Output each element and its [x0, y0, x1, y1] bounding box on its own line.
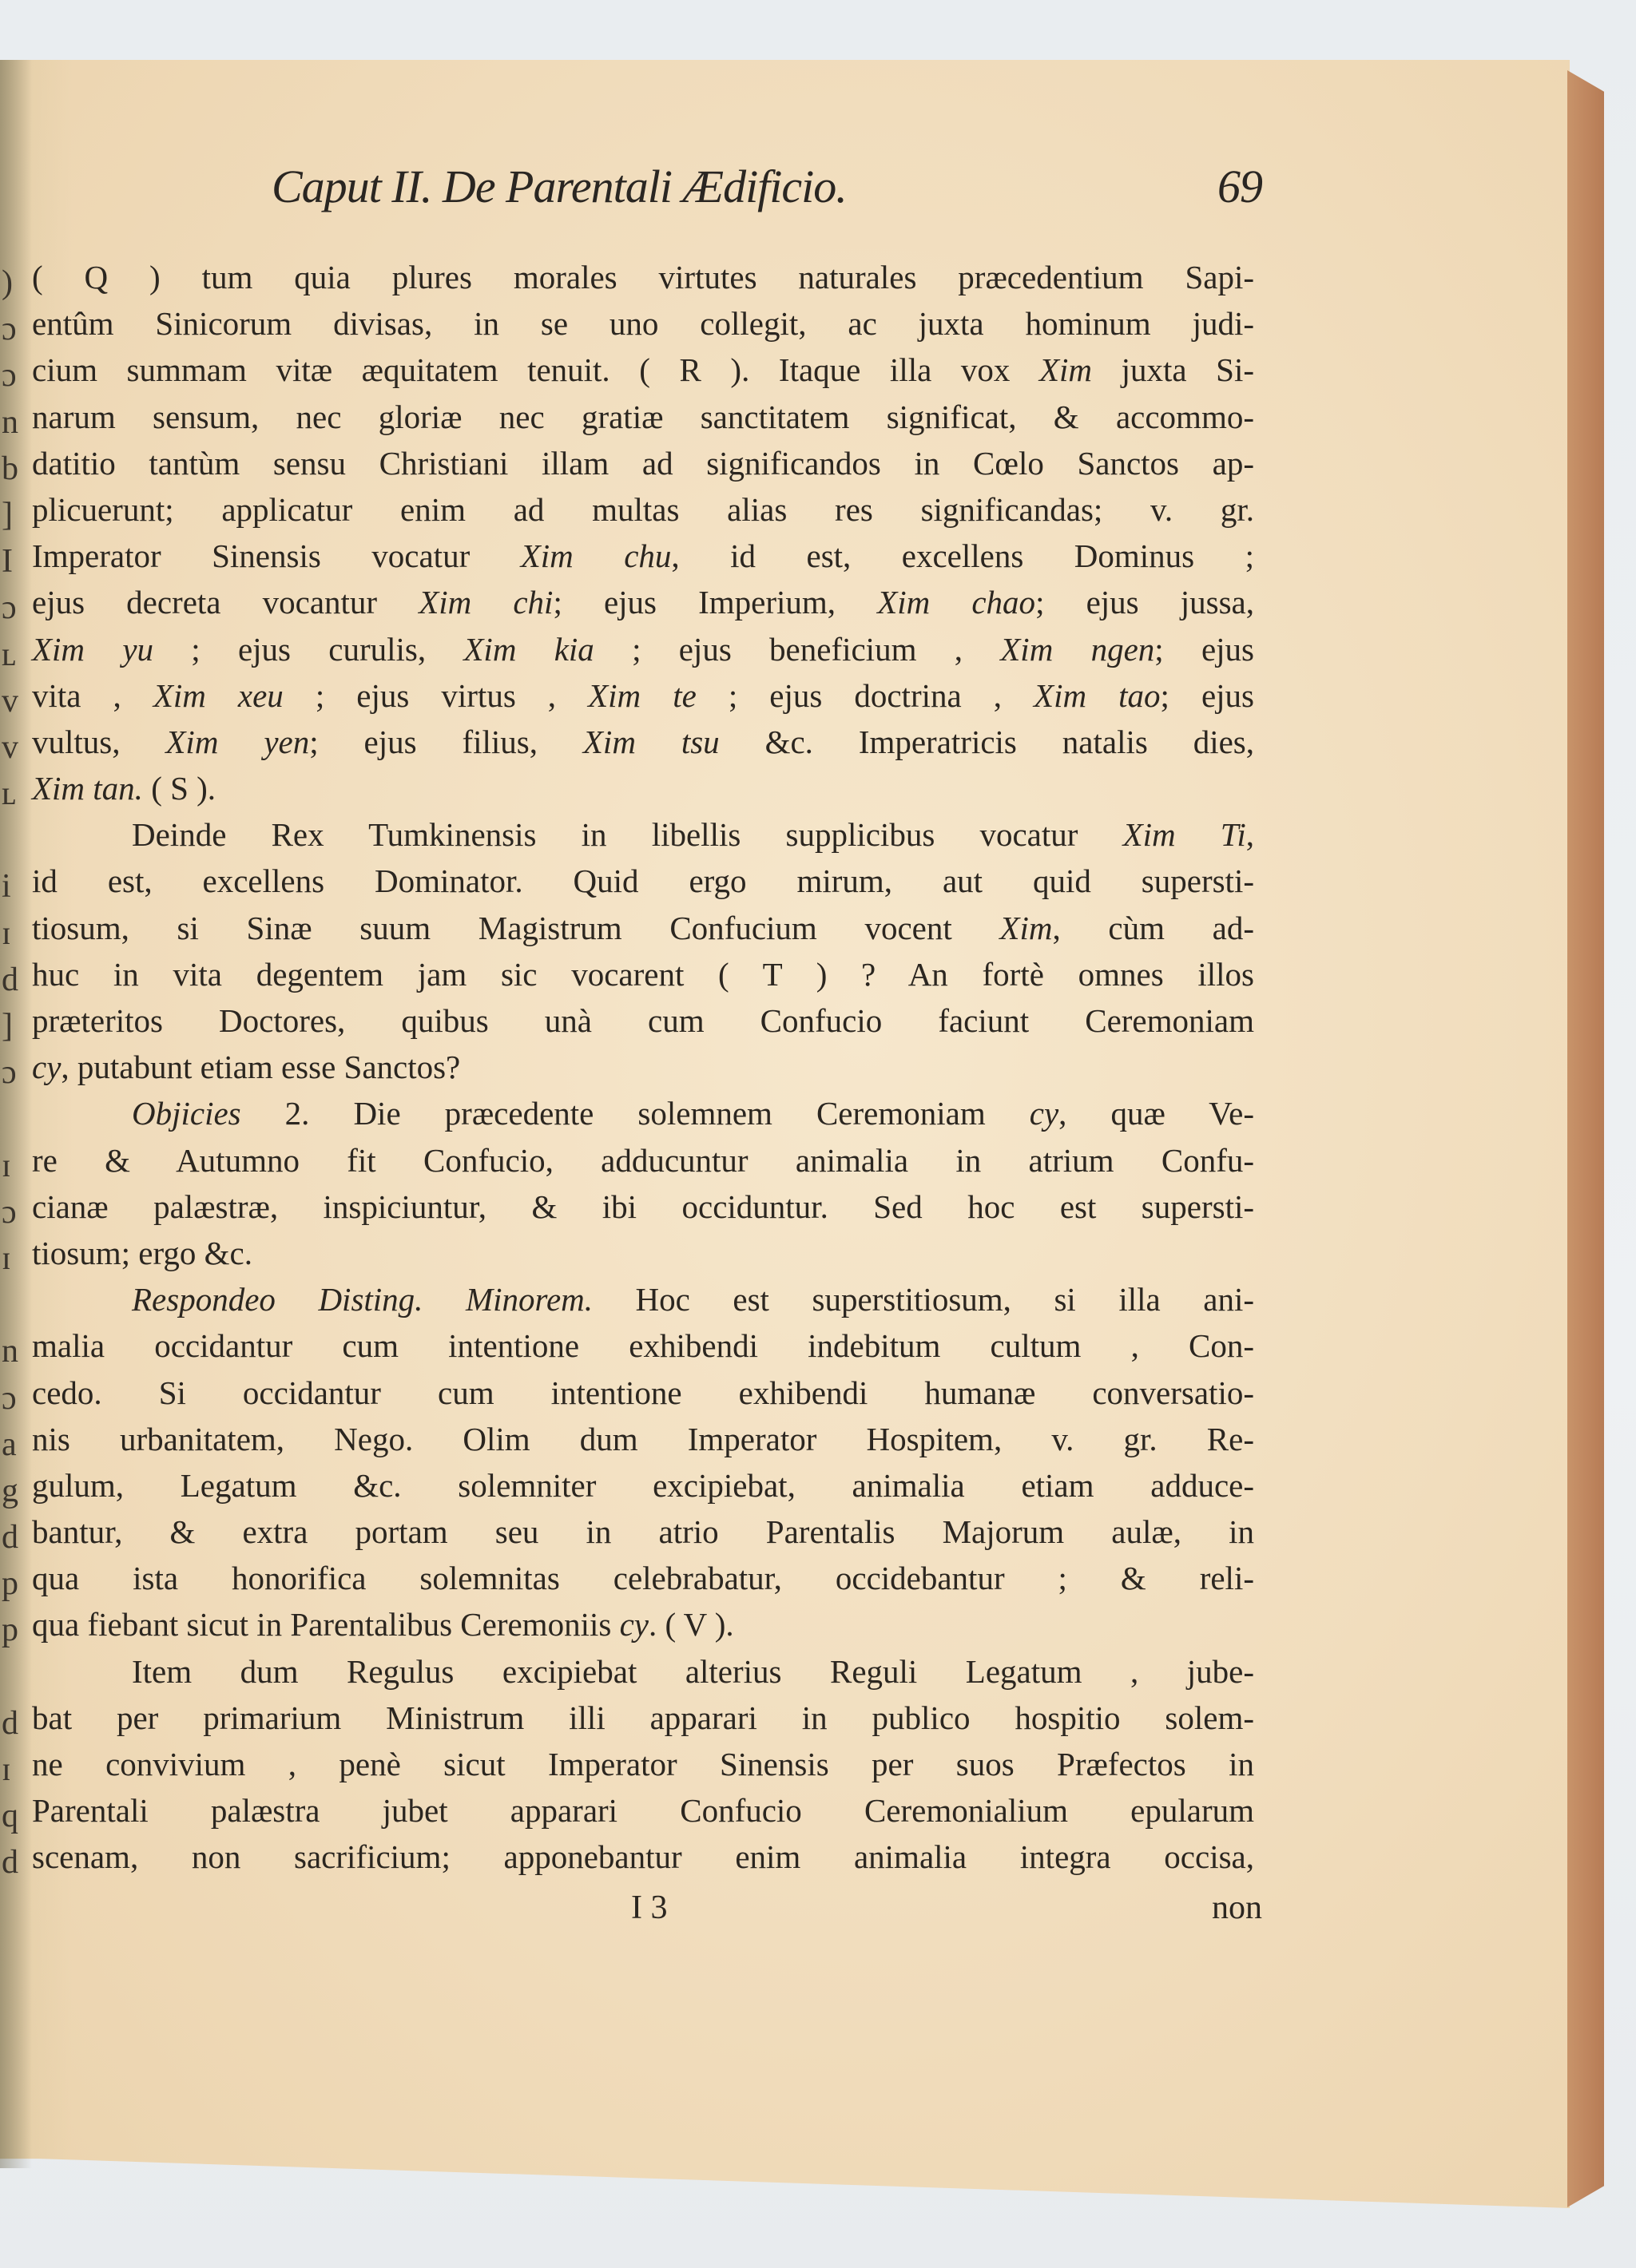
text-run: Imperator Sinensis vocatur — [32, 537, 521, 574]
margin-fragment — [2, 1282, 24, 1328]
text-line: vultus, Xim yen; ejus filius, Xim tsu &c… — [32, 719, 1254, 765]
italic-term: Xim yu — [32, 631, 153, 668]
text-line: malia occidantur cum intentione exhibend… — [32, 1322, 1254, 1369]
text-run: qua ista honorifica solemnitas celebraba… — [32, 1560, 1254, 1596]
text-line: huc in vita degentem jam sic vocarent ( … — [32, 951, 1254, 997]
text-run: Item dum Regulus excipiebat alterius Reg… — [132, 1653, 1254, 1690]
italic-term: Xim chao — [877, 584, 1035, 621]
text-run: tiosum; ergo &c. — [32, 1235, 252, 1271]
text-run: re & Autumno fit Confucio, adducuntur an… — [32, 1142, 1254, 1179]
margin-fragment: i — [2, 863, 24, 910]
text-run: 2. Die præcedente solemnem Ceremoniam — [241, 1095, 1030, 1132]
margin-fragment: q — [2, 1793, 24, 1839]
margin-fragment: ɪ — [2, 1747, 24, 1793]
margin-fragment: p — [2, 1560, 24, 1607]
text-run: Hoc est superstitiosum, si illa ani- — [593, 1281, 1254, 1318]
italic-term: Xim ngen — [1000, 631, 1154, 668]
margin-fragment: ɔ — [2, 1049, 24, 1096]
italic-term: Xim kia — [463, 631, 594, 668]
text-run: ; ejus Imperium, — [553, 584, 877, 621]
page-number: 69 — [1217, 160, 1262, 213]
text-run: ; ejus — [1161, 677, 1254, 714]
margin-fragment: d — [2, 1514, 24, 1560]
text-line: cedo. Si occidantur cum intentione exhib… — [32, 1370, 1254, 1416]
text-run: , cùm ad- — [1052, 910, 1254, 946]
margin-fragment: b — [2, 446, 24, 492]
text-line: Xim yu ; ejus curulis, Xim kia ; ejus be… — [32, 626, 1254, 672]
text-run: ; ejus — [1154, 631, 1254, 668]
margin-fragment — [2, 1654, 24, 1700]
margin-fragment: ɔ — [2, 1189, 24, 1235]
text-run: tiosum, si Sinæ suum Magistrum Confucium… — [32, 910, 999, 946]
text-run: ; ejus curulis, — [153, 631, 463, 668]
margin-fragment: d — [2, 1700, 24, 1747]
italic-term: cy — [620, 1606, 649, 1643]
margin-fragment: ɔ — [2, 306, 24, 352]
margin-fragment: n — [2, 399, 24, 446]
text-run: narum sensum, nec gloriæ nec gratiæ sanc… — [32, 398, 1254, 435]
margin-fragment — [2, 1096, 24, 1142]
text-line: tiosum, si Sinæ suum Magistrum Confucium… — [32, 905, 1254, 951]
text-line: tiosum; ergo &c. — [32, 1230, 1254, 1276]
text-run: ; ejus doctrina , — [697, 677, 1034, 714]
text-run: , — [1246, 816, 1254, 853]
text-line: ejus decreta vocantur Xim chi; ejus Impe… — [32, 579, 1254, 625]
page-fore-edge — [1567, 70, 1604, 2207]
text-line: datitio tantùm sensu Christiani illam ad… — [32, 440, 1254, 486]
text-run: Parentali palæstra jubet apparari Confuc… — [32, 1792, 1254, 1829]
margin-fragment: ɔ — [2, 1375, 24, 1421]
text-run: huc in vita degentem jam sic vocarent ( … — [32, 956, 1254, 993]
text-run: plicuerunt; applicatur enim ad multas al… — [32, 491, 1254, 528]
margin-fragment: d — [2, 1839, 24, 1885]
text-run: id est, excellens Dominator. Quid ergo m… — [32, 862, 1254, 899]
italic-term: Xim Ti — [1123, 816, 1246, 853]
italic-term: cy — [1030, 1095, 1058, 1132]
text-line: Item dum Regulus excipiebat alterius Reg… — [32, 1648, 1254, 1695]
text-line: scenam, non sacrificium; apponebantur en… — [32, 1834, 1254, 1880]
catchword: non — [1212, 1889, 1262, 1927]
italic-term: Objicies — [132, 1095, 241, 1132]
text-run: ; ejus beneficium , — [594, 631, 1000, 668]
text-run: ; ejus jussa, — [1035, 584, 1254, 621]
text-line: cianæ palæstræ, inspiciuntur, & ibi occi… — [32, 1184, 1254, 1230]
text-line: præteritos Doctores, quibus unà cum Conf… — [32, 997, 1254, 1044]
text-line: nis urbanitatem, Nego. Olim dum Imperato… — [32, 1416, 1254, 1462]
margin-fragment: v — [2, 678, 24, 724]
margin-fragment: I — [2, 538, 24, 585]
text-line: vita , Xim xeu ; ejus virtus , Xim te ; … — [32, 672, 1254, 719]
text-line: bantur, & extra portam seu in atrio Pare… — [32, 1509, 1254, 1555]
text-line: entûm Sinicorum divisas, in se uno colle… — [32, 300, 1254, 347]
text-run: , quæ Ve- — [1058, 1095, 1254, 1132]
text-run: ( S ). — [143, 770, 216, 807]
text-run: ne convivium , penè sicut Imperator Sine… — [32, 1746, 1254, 1782]
italic-term: Xim chu — [521, 537, 672, 574]
text-run: . ( V ). — [649, 1606, 734, 1643]
running-title: Caput II. De Parentali Ædificio. — [272, 160, 847, 213]
italic-term: Respondeo Disting. Minorem. — [132, 1281, 593, 1318]
text-line: bat per primarium Ministrum illi apparar… — [32, 1695, 1254, 1741]
margin-fragment: ɪ — [2, 1143, 24, 1189]
italic-term: Xim xeu — [153, 677, 284, 714]
text-line: Xim tan. ( S ). — [32, 765, 1254, 811]
running-header: Caput II. De Parentali Ædificio. 69 — [272, 160, 1262, 224]
text-line: gulum, Legatum &c. solemniter excipiebat… — [32, 1462, 1254, 1509]
italic-term: Xim tan. — [32, 770, 143, 807]
text-run: vultus, — [32, 724, 165, 760]
italic-term: Xim — [999, 910, 1052, 946]
italic-term: cy — [32, 1049, 61, 1085]
margin-fragment: v — [2, 724, 24, 771]
text-line: Respondeo Disting. Minorem. Hoc est supe… — [32, 1276, 1254, 1322]
text-run: scenam, non sacrificium; apponebantur en… — [32, 1838, 1254, 1875]
text-line: re & Autumno fit Confucio, adducuntur an… — [32, 1137, 1254, 1184]
facing-page-margin-fragments: )ɔɔnb]Iɔʟvvʟiɪd]ɔɪɔɪnɔagdppdɪqd — [2, 260, 24, 1886]
text-run: &c. Imperatricis natalis dies, — [720, 724, 1254, 760]
text-line: Parentali palæstra jubet apparari Confuc… — [32, 1787, 1254, 1834]
text-run: juxta Si- — [1092, 351, 1254, 388]
text-run: bat per primarium Ministrum illi apparar… — [32, 1699, 1254, 1736]
text-line: Deinde Rex Tumkinensis in libellis suppl… — [32, 811, 1254, 858]
margin-fragment: ʟ — [2, 632, 24, 678]
text-run: datitio tantùm sensu Christiani illam ad… — [32, 445, 1254, 482]
text-line: Objicies 2. Die præcedente solemnem Cere… — [32, 1090, 1254, 1136]
text-line: cy, putabunt etiam esse Sanctos? — [32, 1044, 1254, 1090]
text-line: Imperator Sinensis vocatur Xim chu, id e… — [32, 533, 1254, 579]
italic-term: Xim yen — [165, 724, 309, 760]
italic-term: Xim te — [588, 677, 697, 714]
text-run: ; ejus filius, — [309, 724, 583, 760]
text-run: entûm Sinicorum divisas, in se uno colle… — [32, 305, 1254, 342]
text-line: cium summam vitæ æquitatem tenuit. ( R )… — [32, 347, 1254, 393]
text-line: plicuerunt; applicatur enim ad multas al… — [32, 486, 1254, 533]
margin-fragment: d — [2, 957, 24, 1003]
text-run: gulum, Legatum &c. solemniter excipiebat… — [32, 1467, 1254, 1504]
text-run: malia occidantur cum intentione exhibend… — [32, 1327, 1254, 1364]
margin-fragment: n — [2, 1328, 24, 1374]
text-line: ne convivium , penè sicut Imperator Sine… — [32, 1741, 1254, 1787]
body-text: ( Q ) tum quia plures morales virtutes n… — [32, 254, 1254, 1881]
margin-fragment: ) — [2, 260, 24, 306]
text-run: nis urbanitatem, Nego. Olim dum Imperato… — [32, 1421, 1254, 1457]
text-line: narum sensum, nec gloriæ nec gratiæ sanc… — [32, 394, 1254, 440]
margin-fragment: ] — [2, 1003, 24, 1049]
text-run: bantur, & extra portam seu in atrio Pare… — [32, 1513, 1254, 1550]
text-line: id est, excellens Dominator. Quid ergo m… — [32, 858, 1254, 904]
margin-fragment: ɔ — [2, 585, 24, 631]
margin-fragment: ɪ — [2, 910, 24, 957]
signature-mark: I 3 — [631, 1889, 668, 1927]
margin-fragment: ʟ — [2, 771, 24, 817]
text-run: cedo. Si occidantur cum intentione exhib… — [32, 1374, 1254, 1411]
italic-term: Xim tsu — [583, 724, 720, 760]
margin-fragment: ɪ — [2, 1235, 24, 1282]
page-footer: I 3 non — [0, 1889, 1262, 1937]
margin-fragment: a — [2, 1421, 24, 1468]
margin-fragment: p — [2, 1607, 24, 1653]
text-run: præteritos Doctores, quibus unà cum Conf… — [32, 1002, 1254, 1039]
text-run: Deinde Rex Tumkinensis in libellis suppl… — [132, 816, 1123, 853]
text-run: ejus decreta vocantur — [32, 584, 419, 621]
text-run: , id est, excellens Dominus ; — [671, 537, 1254, 574]
margin-fragment: ɔ — [2, 352, 24, 398]
text-run: vita , — [32, 677, 153, 714]
text-run: ( Q ) tum quia plures morales virtutes n… — [32, 259, 1254, 295]
text-run: cianæ palæstræ, inspiciuntur, & ibi occi… — [32, 1188, 1254, 1225]
italic-term: Xim — [1039, 351, 1092, 388]
italic-term: Xim chi — [419, 584, 553, 621]
italic-term: Xim tao — [1034, 677, 1160, 714]
text-run: ; ejus virtus , — [284, 677, 588, 714]
text-line: qua fiebant sicut in Parentalibus Ceremo… — [32, 1601, 1254, 1647]
margin-fragment — [2, 817, 24, 863]
text-run: cium summam vitæ æquitatem tenuit. ( R )… — [32, 351, 1039, 388]
text-line: ( Q ) tum quia plures morales virtutes n… — [32, 254, 1254, 300]
text-line: qua ista honorifica solemnitas celebraba… — [32, 1555, 1254, 1601]
text-run: qua fiebant sicut in Parentalibus Ceremo… — [32, 1606, 620, 1643]
margin-fragment: ] — [2, 492, 24, 538]
margin-fragment: g — [2, 1468, 24, 1514]
text-run: , putabunt etiam esse Sanctos? — [61, 1049, 460, 1085]
